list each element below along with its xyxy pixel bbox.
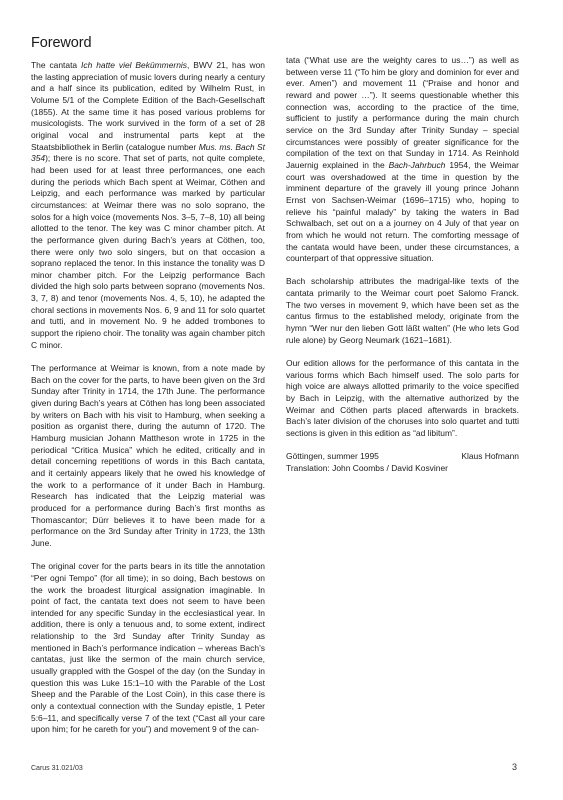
left-column: The cantata Ich hatte viel Bekümmernis, …	[31, 60, 265, 748]
catalog-number: Carus 31.021/03	[31, 765, 83, 772]
paragraph: The performance at Weimar is known, from…	[31, 363, 265, 550]
paragraph: Bach scholarship attributes the madrigal…	[286, 276, 519, 346]
author-name: Klaus Hofmann	[461, 451, 519, 463]
paragraph: Our edition allows for the performance o…	[286, 358, 519, 440]
paragraph: The cantata Ich hatte viel Bekümmernis, …	[31, 60, 265, 351]
place-date: Göttingen, summer 1995	[286, 451, 379, 463]
right-column: tata (“What use are the weighty cares to…	[286, 55, 519, 475]
page-number: 3	[512, 762, 517, 772]
translation-credit: Translation: John Coombs / David Kosvine…	[286, 463, 519, 475]
paragraph: tata (“What use are the weighty cares to…	[286, 55, 519, 265]
italic-title: Bach-Jahrbuch	[389, 160, 446, 170]
paragraph: The original cover for the parts bears i…	[31, 561, 265, 736]
document-page: Foreword The cantata Ich hatte viel Bekü…	[0, 0, 563, 800]
page-title: Foreword	[31, 35, 91, 51]
signature-line: Göttingen, summer 1995 Klaus Hofmann	[286, 451, 519, 463]
italic-title: Ich hatte viel Bekümmernis	[81, 60, 187, 70]
